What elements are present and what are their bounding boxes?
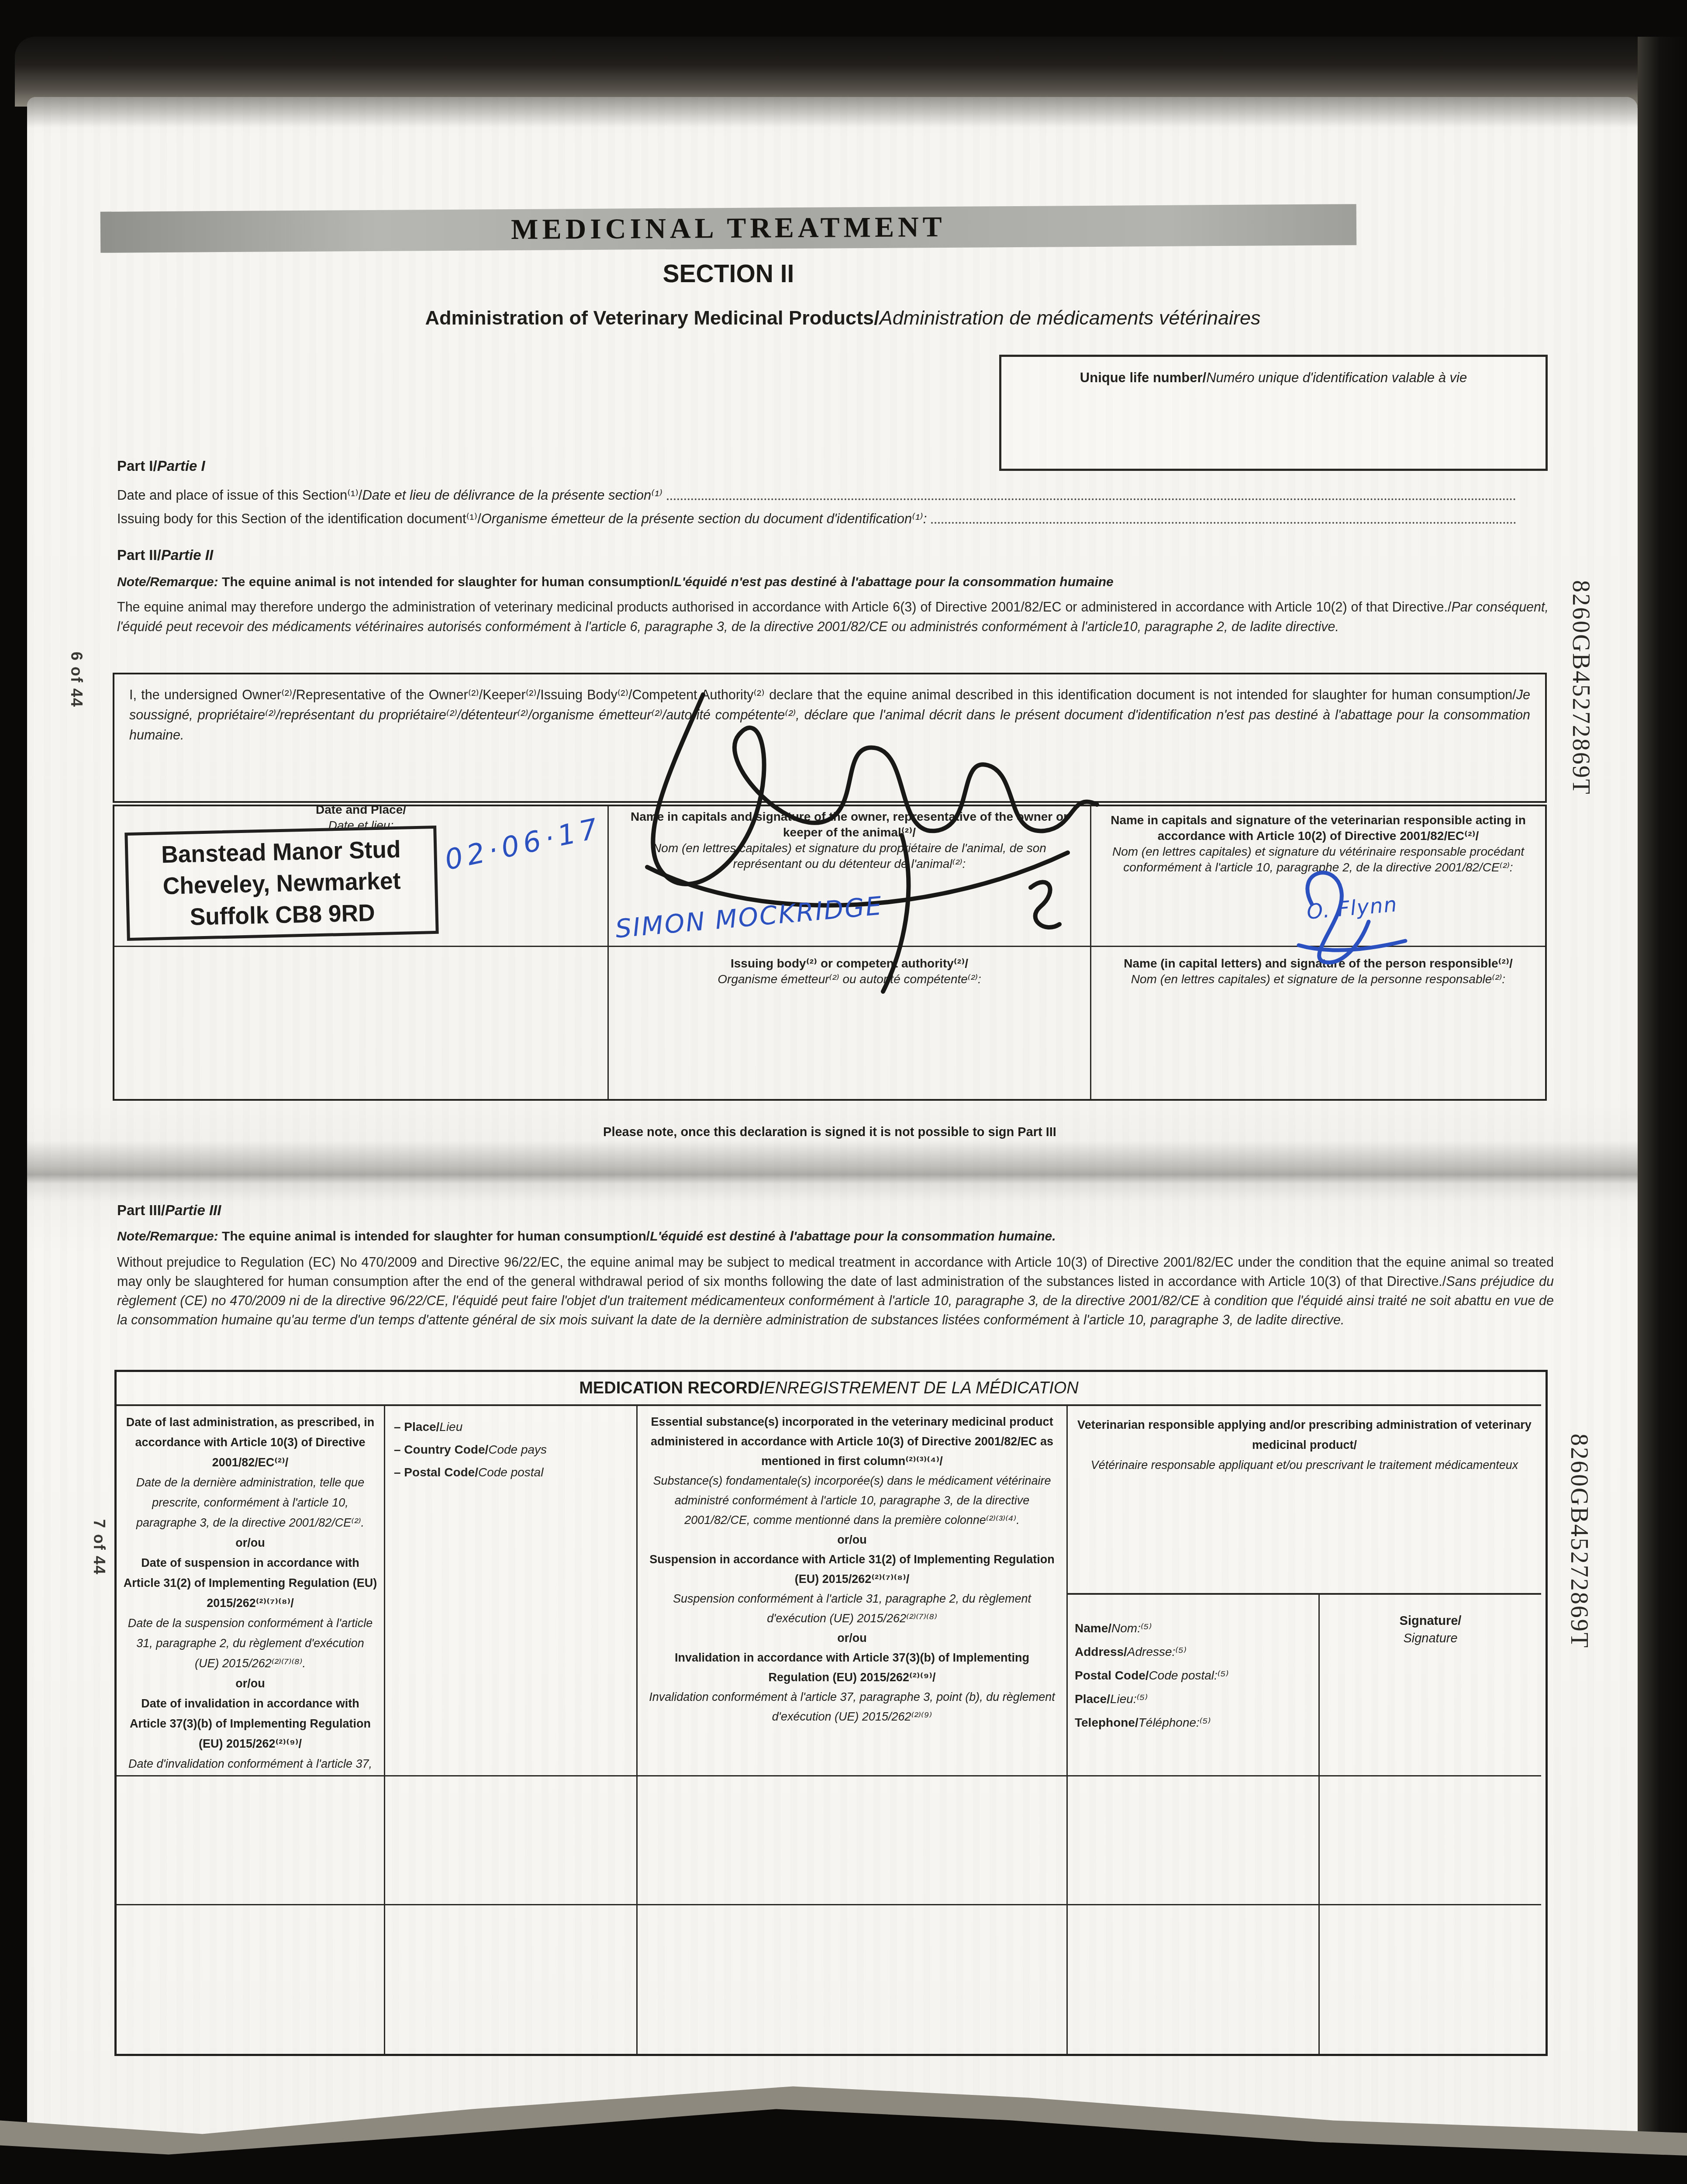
stamp-line-1: Banstead Manor Stud (132, 834, 429, 869)
part2-paragraph: The equine animal may therefore undergo … (117, 598, 1549, 637)
section-title: SECTION II (100, 259, 1356, 288)
field-telephone-en: Telephone/ (1075, 1716, 1138, 1729)
stud-stamp: Banstead Manor Stud Cheveley, Newmarket … (124, 826, 438, 941)
col2-item3-fr: Code postal (478, 1465, 543, 1479)
field-address-fr: Adresse:⁽⁵⁾ (1127, 1645, 1187, 1659)
stamp-line-3: Suffolk CB8 9RD (134, 897, 431, 932)
subtitle-en: Administration of Veterinary Medicinal P… (425, 307, 879, 329)
col2-item3-en: – Postal Code/ (394, 1465, 478, 1479)
col2-item1-en: – Place/ (394, 1420, 439, 1434)
table-row-cell (638, 1775, 1068, 1904)
col3-fr3: Invalidation conformément à l'article 37… (649, 1690, 1055, 1723)
col4-header-fr: Vétérinaire responsable appliquant et/ou… (1091, 1458, 1518, 1472)
date-place-label-en: Date and Place/ (316, 803, 406, 816)
page-title: MEDICINAL TREATMENT (511, 211, 946, 246)
medication-record-title: MEDICATION RECORD/ENREGISTREMENT DE LA M… (117, 1372, 1541, 1406)
subtitle-fr: Administration de médicaments vétérinair… (880, 307, 1261, 329)
part2-note-fr: L'équidé n'est pas destiné à l'abattage … (674, 575, 1114, 589)
part3-paragraph: Without prejudice to Regulation (EC) No … (117, 1253, 1554, 1330)
signature-label-en: Signature/ (1400, 1614, 1462, 1628)
declaration-note: Please note, once this declaration is si… (524, 1125, 1135, 1140)
col3-or2: or/ou (837, 1631, 867, 1645)
col3-fr1: Substance(s) fondamentale(s) incorporée(… (653, 1474, 1051, 1527)
col3-en2: Suspension in accordance with Article 31… (649, 1553, 1055, 1586)
unique-life-number-label-fr: Numéro unique d'identification valable à… (1206, 370, 1467, 385)
col3-or1: or/ou (837, 1533, 867, 1546)
part3-note-en: The equine animal is intended for slaugh… (218, 1229, 650, 1244)
field-postal-code-fr: Code postal:⁽⁵⁾ (1149, 1669, 1229, 1682)
medication-record-title-fr: ENREGISTREMENT DE LA MÉDICATION (764, 1379, 1079, 1398)
table-row-cell (117, 1775, 385, 1904)
part2-para-en: The equine animal may therefore undergo … (117, 600, 1451, 615)
col3-en3: Invalidation in accordance with Article … (675, 1651, 1029, 1684)
col1-fr3: Date d'invalidation conformément à l'art… (127, 1757, 374, 1775)
empty-cell (114, 947, 609, 1099)
part3-note: Note/Remarque: The equine animal is inte… (117, 1229, 1554, 1244)
part3-title-fr: Partie III (165, 1202, 221, 1218)
col3-en1: Essential substance(s) incorporated in t… (651, 1415, 1053, 1468)
part2-title: Part II/Partie II (117, 547, 213, 563)
vet-details-fields-cell: Name/Nom:⁽⁵⁾ Address/Adresse:⁽⁵⁾ Postal … (1068, 1595, 1320, 1775)
field-postal-code-en: Postal Code/ (1075, 1669, 1149, 1682)
table-row-cell (117, 1904, 385, 2054)
medication-record-table: MEDICATION RECORD/ENREGISTREMENT DE LA M… (114, 1370, 1548, 2056)
col-place-header: – Place/Lieu – Country Code/Code pays – … (385, 1406, 638, 1775)
passport-number-top: 8260GB45272869T (1567, 580, 1595, 795)
passport-number-bottom: 8260GB45272869T (1565, 1434, 1593, 1649)
col3-fr2: Suspension conformément à l'article 31, … (673, 1592, 1031, 1625)
col1-en1: Date of last administration, as prescrib… (126, 1416, 375, 1469)
col-veterinarian-header: Veterinarian responsible applying and/or… (1068, 1406, 1541, 1595)
part2-note: Note/Remarque: The equine animal is not … (117, 575, 1545, 590)
part3-para-en: Without prejudice to Regulation (EC) No … (117, 1255, 1554, 1289)
part2-note-en: The equine animal is not intended for sl… (218, 575, 674, 589)
page-fold-shadow (27, 1141, 1638, 1202)
table-row-cell (1320, 1775, 1541, 1904)
part1-line1-fr: Date et lieu de délivrance de la présent… (362, 487, 662, 503)
col2-item2-en: – Country Code/ (394, 1443, 488, 1456)
col4-header-en: Veterinarian responsible applying and/or… (1077, 1418, 1532, 1451)
part1-line2-fr: Organisme émetteur de la présente sectio… (481, 511, 927, 527)
vet-header-en: Name in capitals and signature of the ve… (1111, 813, 1526, 843)
col1-en3: Date of invalidation in accordance with … (130, 1697, 371, 1750)
col2-item1-fr: Lieu (439, 1420, 462, 1434)
stamp-line-2: Cheveley, Newmarket (133, 866, 430, 900)
table-row-cell (1068, 1904, 1320, 2054)
table-row-cell (1068, 1775, 1320, 1904)
table-row-cell (638, 1904, 1068, 2054)
col-substance-header: Essential substance(s) incorporated in t… (638, 1406, 1068, 1775)
part3-note-label: Note/Remarque: (117, 1229, 218, 1244)
part1-line1-en: Date and place of issue of this Section⁽… (117, 487, 362, 503)
col1-fr1: Date de la dernière administration, tell… (136, 1476, 364, 1529)
col1-or1: or/ou (235, 1536, 265, 1549)
part1-title: Part I/Partie I (117, 458, 205, 474)
title-banner: MEDICINAL TREATMENT (100, 204, 1357, 253)
unique-life-number-box: Unique life number/Numéro unique d'ident… (999, 355, 1548, 471)
page-number-top: 6 of 44 (67, 652, 86, 708)
photo-binder-edge (15, 37, 1662, 107)
dotted-rule (667, 498, 1516, 500)
medication-record-title-en: MEDICATION RECORD/ (579, 1379, 764, 1398)
dotted-rule (931, 522, 1516, 524)
field-address-en: Address/ (1075, 1645, 1127, 1659)
part1-title-fr: Partie I (157, 458, 205, 474)
col1-fr2: Date de la suspension conformément à l'a… (128, 1617, 373, 1670)
part3-title: Part III/Partie III (117, 1202, 221, 1219)
unique-life-number-label-en: Unique life number/ (1080, 370, 1206, 385)
col-date-header: Date of last administration, as prescrib… (117, 1406, 385, 1775)
photo-bottom-edge (0, 2070, 1687, 2184)
photo-right-edge (1638, 37, 1687, 2184)
col2-item2-fr: Code pays (488, 1443, 547, 1456)
part1-issuing-body-field: Issuing body for this Section of the ide… (117, 511, 1518, 527)
field-name-en: Name/ (1075, 1621, 1111, 1635)
part2-title-fr: Partie II (161, 547, 213, 563)
field-name-fr: Nom:⁽⁵⁾ (1111, 1621, 1152, 1635)
part2-title-en: Part II/ (117, 547, 161, 563)
field-place-en: Place/ (1075, 1692, 1110, 1706)
part1-line2-en: Issuing body for this Section of the ide… (117, 511, 481, 527)
part1-date-place-field: Date and place of issue of this Section⁽… (117, 487, 1518, 503)
table-row-cell (385, 1904, 638, 2054)
field-telephone-fr: Téléphone:⁽⁵⁾ (1138, 1716, 1211, 1729)
col1-en2: Date of suspension in accordance with Ar… (124, 1556, 377, 1610)
owner-signature-scrawl (594, 646, 1135, 1040)
col1-or2: or/ou (235, 1677, 265, 1690)
part2-note-label: Note/Remarque: (117, 575, 218, 589)
subtitle: Administration of Veterinary Medicinal P… (210, 307, 1476, 329)
field-place-fr: Lieu:⁽⁵⁾ (1110, 1692, 1148, 1706)
vet-signature-column-cell: Signature/ Signature (1320, 1595, 1541, 1775)
part3-title-en: Part III/ (117, 1202, 165, 1218)
table-row-cell (385, 1775, 638, 1904)
table-row-cell (1320, 1904, 1541, 2054)
part1-title-en: Part I/ (117, 458, 157, 474)
page-number-bottom: 7 of 44 (90, 1519, 108, 1575)
paper-top-shadow (27, 97, 1638, 128)
part3-note-fr: L'équidé est destiné à l'abattage pour l… (650, 1229, 1056, 1244)
signature-label-fr: Signature (1403, 1631, 1457, 1645)
